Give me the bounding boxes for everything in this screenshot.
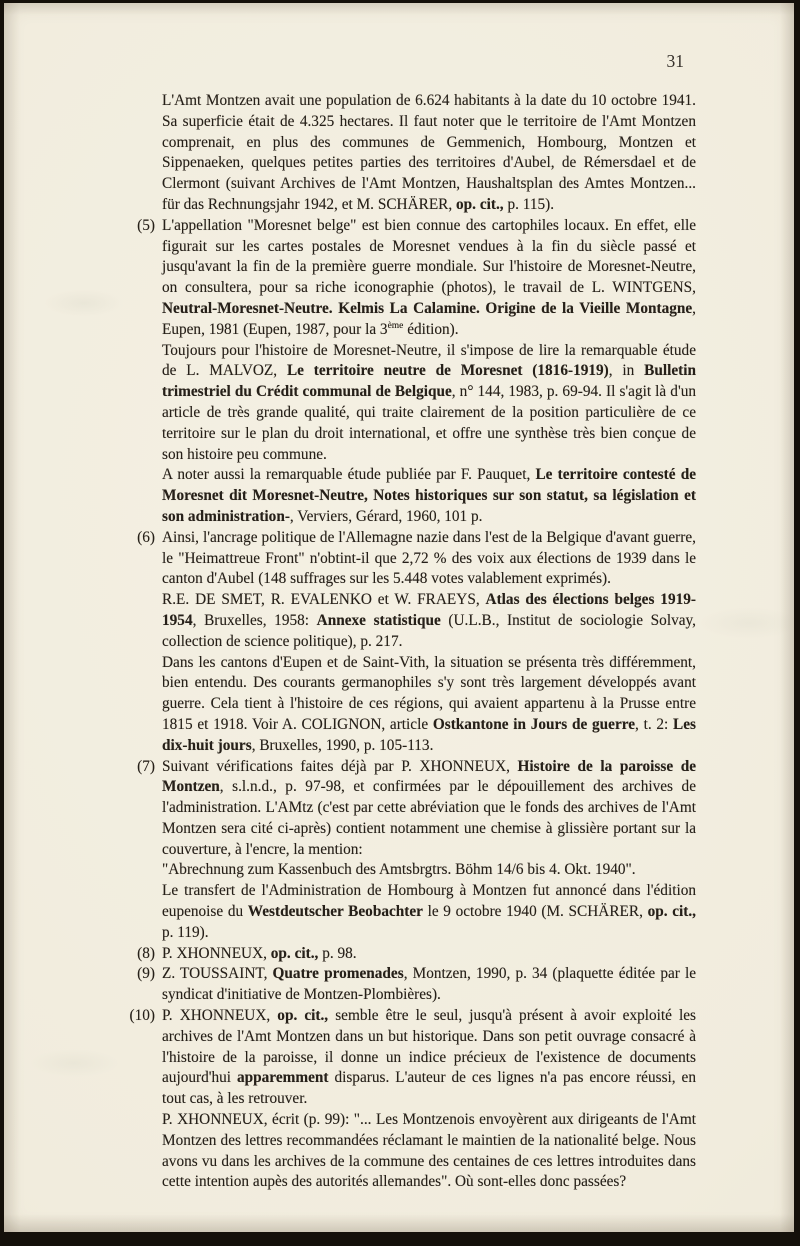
footnote-body: Suivant vérifications faites déjà par P.… (162, 757, 696, 944)
footnote-item: (9)Z. TOUSSAINT, Quatre promenades, Mont… (122, 964, 696, 1006)
footnote-item: (5)L'appellation "Moresnet belge" est bi… (122, 216, 696, 528)
footnotes-list: L'Amt Montzen avait une population de 6.… (122, 91, 696, 1193)
page-number: 31 (667, 53, 685, 71)
text-run: p. 119). (162, 924, 209, 941)
footnote-item: (10)P. XHONNEUX, op. cit., semble être l… (122, 1006, 696, 1193)
footnote-item: (7)Suivant vérifications faites déjà par… (122, 757, 696, 944)
text-run: R.E. DE SMET, R. EVALENKO et W. FRAEYS, (162, 591, 486, 608)
footnote-item: L'Amt Montzen avait une population de 6.… (122, 91, 696, 216)
footnote-item: (8)P. XHONNEUX, op. cit., p. 98. (122, 944, 696, 965)
text-run: édition). (403, 321, 458, 338)
footnote-paragraph: R.E. DE SMET, R. EVALENKO et W. FRAEYS, … (162, 590, 696, 652)
footnote-label: (8) (122, 944, 155, 965)
text-run: , in (609, 362, 644, 379)
text-run: , Bruxelles, 1958: (193, 612, 317, 629)
footnote-item: (6)Ainsi, l'ancrage politique de l'Allem… (122, 528, 696, 757)
text-run: , s.l.n.d., p. 97-98, et confirmées par … (162, 778, 696, 857)
text-run: Neutral-Moresnet-Neutre. Kelmis La Calam… (162, 300, 692, 317)
footnote-paragraph: Ainsi, l'ancrage politique de l'Allemagn… (162, 528, 696, 590)
footnote-paragraph: A noter aussi la remarquable étude publi… (162, 465, 696, 527)
scanned-page: 31 L'Amt Montzen avait une population de… (4, 3, 794, 1232)
text-run: p. 115). (504, 196, 554, 213)
footnote-label: (6) (122, 528, 155, 549)
text-run: L'Amt Montzen avait une population de 6.… (162, 92, 696, 213)
text-run: op. cit., (456, 196, 504, 213)
text-run: Z. TOUSSAINT, (162, 965, 273, 982)
footnote-label: (7) (122, 757, 155, 778)
footnote-paragraph: "Abrechnung zum Kassenbuch des Amtsbrgtr… (162, 860, 696, 881)
text-run: le 9 octobre 1940 (M. SCHÄRER, (423, 903, 648, 920)
text-run: L'appellation "Moresnet belge" est bien … (162, 217, 696, 296)
text-run: ème (388, 321, 404, 331)
footnote-paragraph: Suivant vérifications faites déjà par P.… (162, 757, 696, 861)
text-run: P. XHONNEUX, écrit (p. 99): "... Les Mon… (162, 1111, 696, 1190)
text-run: apparemment (237, 1069, 329, 1086)
text-run: P. XHONNEUX, (162, 1007, 277, 1024)
footnote-body: Z. TOUSSAINT, Quatre promenades, Montzen… (162, 964, 696, 1006)
text-run: Ostkantone in Jours de guerre (433, 716, 635, 733)
text-run: P. XHONNEUX, (162, 945, 271, 962)
footnote-paragraph: P. XHONNEUX, écrit (p. 99): "... Les Mon… (162, 1110, 696, 1193)
text-run: Westdeutscher Beobachter (248, 903, 423, 920)
text-run: op. cit., (277, 1007, 328, 1024)
footnote-body: L'appellation "Moresnet belge" est bien … (162, 216, 696, 528)
footnote-paragraph: L'Amt Montzen avait une population de 6.… (162, 91, 696, 216)
footnote-paragraph: P. XHONNEUX, op. cit., p. 98. (162, 944, 696, 965)
footnote-label: (10) (122, 1006, 155, 1027)
text-run: , Bruxelles, 1990, p. 105-113. (252, 737, 434, 754)
text-run: Quatre promenades (273, 965, 404, 982)
text-run: op. cit., (648, 903, 696, 920)
footnote-paragraph: Z. TOUSSAINT, Quatre promenades, Montzen… (162, 964, 696, 1006)
footnote-paragraph: L'appellation "Moresnet belge" est bien … (162, 216, 696, 341)
footnote-paragraph: P. XHONNEUX, op. cit., semble être le se… (162, 1006, 696, 1110)
text-run: , Verviers, Gérard, 1960, 101 p. (290, 508, 483, 525)
footnote-body: P. XHONNEUX, op. cit., p. 98. (162, 944, 696, 965)
footnote-paragraph: Dans les cantons d'Eupen et de Saint-Vit… (162, 653, 696, 757)
footnote-label: (9) (122, 964, 155, 985)
footnote-body: L'Amt Montzen avait une population de 6.… (162, 91, 696, 216)
text-run: Le territoire neutre de Moresnet (1816-1… (287, 362, 609, 379)
footnote-body: P. XHONNEUX, op. cit., semble être le se… (162, 1006, 696, 1193)
text-run: Suivant vérifications faites déjà par P.… (162, 758, 518, 775)
text-run: "Abrechnung zum Kassenbuch des Amtsbrgtr… (162, 861, 636, 878)
text-run: p. 98. (318, 945, 356, 962)
text-run: , t. 2: (635, 716, 673, 733)
text-run: A noter aussi la remarquable étude publi… (162, 466, 535, 483)
footnote-label: (5) (122, 216, 155, 237)
footnote-paragraph: Le transfert de l'Administration de Homb… (162, 881, 696, 943)
footnote-body: Ainsi, l'ancrage politique de l'Allemagn… (162, 528, 696, 757)
text-run: op. cit., (271, 945, 319, 962)
footnote-paragraph: Toujours pour l'histoire de Moresnet-Neu… (162, 341, 696, 466)
text-run: Annexe statistique (317, 612, 441, 629)
text-run: Ainsi, l'ancrage politique de l'Allemagn… (162, 529, 696, 588)
